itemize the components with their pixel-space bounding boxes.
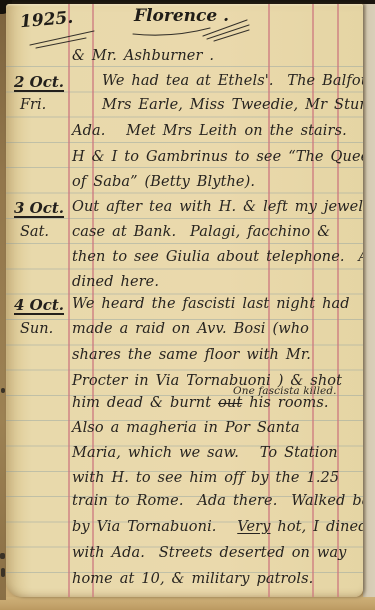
line-text: home at 10, & military patrols.	[72, 571, 313, 587]
line-text: Ada. Met Mrs Leith on the stairs.	[72, 123, 347, 139]
diary-line: Also a magheria in Por Santa	[6, 420, 363, 444]
diary-line: Sun. made a raid on Avv. Bosi (who	[6, 321, 363, 345]
diary-page-photo: 1925. Florence . & Mr. Ashburner . 2 Oct…	[0, 0, 375, 610]
ink-smudge	[1, 388, 5, 393]
line-text-post: hot, I dined	[271, 519, 364, 535]
diary-line: with H. to see him off by the 1.25	[6, 470, 363, 494]
diary-line: Fri. Mrs Earle, Miss Tweedie, Mr Sturt &	[6, 97, 363, 121]
diary-page: 1925. Florence . & Mr. Ashburner . 2 Oct…	[6, 4, 363, 597]
line-text-pre: him dead & burnt	[72, 395, 218, 411]
diary-line: H & I to Gambrinus to see “The Queen	[6, 149, 363, 173]
line-text: by Via Tornabuoni. Very hot, I dined	[72, 519, 363, 535]
diary-line: then to see Giulia about telephone. Ada	[6, 249, 363, 273]
line-text: H & I to Gambrinus to see “The Queen	[72, 149, 363, 165]
line-text: with Ada. Streets deserted on way	[72, 545, 346, 561]
line-text: him dead & burnt out his rooms.	[72, 395, 329, 411]
line-text: Out after tea with H. & left my jewel	[72, 199, 363, 215]
line-text: We heard the fascisti last night had	[72, 296, 350, 312]
diary-line: 3 Oct. Out after tea with H. & left my j…	[6, 199, 363, 223]
line-text: with H. to see him off by the 1.25	[72, 470, 339, 486]
line-text: Maria, which we saw. To Station	[72, 445, 338, 461]
diary-line: train to Rome. Ada there. Walked back	[6, 493, 363, 517]
diary-line: by Via Tornabuoni. Very hot, I dined	[6, 519, 363, 543]
entry-date: 4 Oct.	[14, 296, 64, 314]
line-text-pre: by Via Tornabuoni.	[72, 519, 237, 535]
diary-line: Sat. case at Bank. Palagi, facchino &	[6, 224, 363, 248]
diary-line: Maria, which we saw. To Station	[6, 445, 363, 469]
line-text: Also a magheria in Por Santa	[72, 420, 300, 436]
diary-line: & Mr. Ashburner .	[6, 48, 363, 72]
entry-date: 2 Oct.	[14, 73, 64, 91]
page-stack-bottom-edge	[0, 597, 375, 610]
entry-date: 3 Oct.	[14, 199, 64, 217]
line-text: then to see Giulia about telephone. Ada	[72, 249, 363, 265]
diary-line: 2 Oct. We had tea at Ethels'. The Balfou…	[6, 73, 363, 97]
diary-line: 4 Oct. We heard the fascisti last night …	[6, 296, 363, 320]
entry-day: Fri.	[20, 97, 46, 113]
line-text: of Saba” (Betty Blythe).	[72, 174, 255, 190]
line-text: made a raid on Avv. Bosi (who	[72, 321, 309, 337]
diary-line: him dead & burnt out his rooms.	[6, 395, 363, 419]
line-text: shares the same floor with Mr.	[72, 347, 311, 363]
underlined-word: Very	[237, 519, 270, 535]
ink-smudge	[0, 553, 5, 559]
diary-line: home at 10, & military patrols.	[6, 571, 363, 595]
struck-word: out	[218, 395, 242, 411]
year-flourish-icon	[28, 28, 100, 50]
diary-line: of Saba” (Betty Blythe).	[6, 174, 363, 198]
line-text: case at Bank. Palagi, facchino &	[72, 224, 330, 240]
line-text: dined here.	[72, 274, 159, 290]
line-text: train to Rome. Ada there. Walked back	[72, 493, 363, 509]
line-text-post: his rooms.	[242, 395, 328, 411]
diary-line: dined here.	[6, 274, 363, 298]
diary-line: shares the same floor with Mr.	[6, 347, 363, 371]
ink-smudge	[1, 568, 5, 577]
line-text: We had tea at Ethels'. The Balfours,	[102, 73, 363, 89]
adjacent-page-edge	[363, 4, 375, 598]
entry-day: Sun.	[20, 321, 53, 337]
entry-day: Sat.	[20, 224, 49, 240]
line-text: Mrs Earle, Miss Tweedie, Mr Sturt &	[102, 97, 363, 113]
line-text: & Mr. Ashburner .	[72, 48, 214, 64]
diary-line: Ada. Met Mrs Leith on the stairs.	[6, 123, 363, 147]
diary-line: with Ada. Streets deserted on way	[6, 545, 363, 569]
title-flourish-icon	[202, 14, 252, 42]
